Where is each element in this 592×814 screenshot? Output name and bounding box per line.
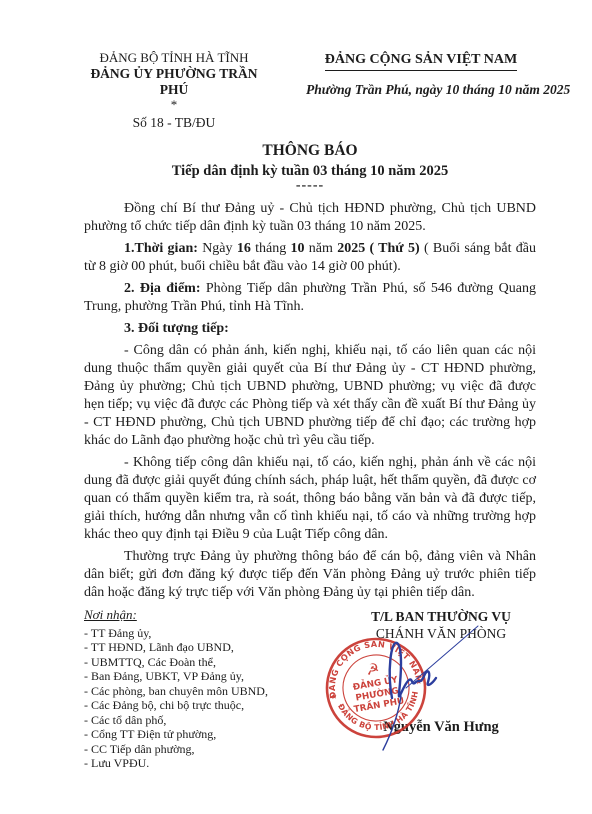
location-label: 2. Địa điểm: [124,281,201,296]
document-header: ĐẢNG BỘ TỈNH HÀ TĨNH ĐẢNG ỦY PHƯỜNG TRẦN… [84,50,536,131]
location-paragraph: 2. Địa điểm: Phòng Tiếp dân phường Trần … [84,280,536,316]
recipients-label: Nơi nhận: [84,608,296,623]
recipient-item: - Cổng TT Điện tử phường, [84,727,296,742]
org-parent-name: ĐẢNG BỘ TỈNH HÀ TĨNH [84,50,264,66]
time-text-1: Ngày [198,241,237,256]
subjects-item-2: - Không tiếp công dân khiếu nại, tố cáo,… [84,454,536,544]
national-motto-block: ĐẢNG CỘNG SẢN VIỆT NAM Phường Trần Phú, … [306,50,536,98]
time-text-3: năm [305,241,338,256]
recipient-item: - Các phòng, ban chuyên môn UBND, [84,684,296,699]
intro-paragraph: Đồng chí Bí thư Đảng uỷ - Chủ tịch HĐND … [84,200,536,236]
document-body: Đồng chí Bí thư Đảng uỷ - Chủ tịch HĐND … [84,200,536,602]
time-day: 16 [237,241,251,256]
signing-authority: T/L BAN THƯỜNG VỤ [346,608,536,625]
recipient-item: - Các Đảng bộ, chi bộ trực thuộc, [84,698,296,713]
recipients-list: - TT Đảng ủy, - TT HĐND, Lãnh đạo UBND, … [84,626,296,771]
subjects-heading: 3. Đối tượng tiếp: [84,320,536,338]
time-month: 10 [291,241,305,256]
subjects-item-1: - Công dân có phản ánh, kiến nghị, khiếu… [84,342,536,450]
document-footer: Nơi nhận: - TT Đảng ủy, - TT HĐND, Lãnh … [84,608,536,771]
recipient-item: - TT HĐND, Lãnh đạo UBND, [84,640,296,655]
title-divider: ----- [84,180,536,192]
recipients-block: Nơi nhận: - TT Đảng ủy, - TT HĐND, Lãnh … [84,608,296,771]
document-type-title: THÔNG BÁO [84,141,536,160]
place-and-date: Phường Trần Phú, ngày 10 tháng 10 năm 20… [306,82,536,98]
recipient-item: - Ban Đảng, UBKT, VP Đảng ủy, [84,669,296,684]
subjects-heading-label: 3. Đối tượng tiếp: [124,321,229,336]
recipient-item: - Lưu VPĐU. [84,756,296,771]
party-name-heading: ĐẢNG CỘNG SẢN VIỆT NAM [325,52,517,71]
signature-block: T/L BAN THƯỜNG VỤ CHÁNH VĂN PHÒNG Nguyễn… [296,608,536,771]
document-page: ĐẢNG BỘ TỈNH HÀ TĨNH ĐẢNG ỦY PHƯỜNG TRẦN… [0,0,592,814]
time-label: 1.Thời gian: [124,241,198,256]
recipient-item: - CC Tiếp dân phường, [84,742,296,757]
signer-position: CHÁNH VĂN PHÒNG [346,625,536,642]
time-paragraph: 1.Thời gian: Ngày 16 tháng 10 năm 2025 (… [84,240,536,276]
org-name: ĐẢNG ỦY PHƯỜNG TRẦN PHÚ [84,66,264,98]
recipient-item: - UBMTTQ, Các Đoàn thể, [84,655,296,670]
signature-text: T/L BAN THƯỜNG VỤ CHÁNH VĂN PHÒNG Nguyễn… [346,608,536,736]
document-number: Số 18 - TB/ĐU [84,115,264,131]
org-star-separator: * [84,98,264,111]
recipient-item: - Các tổ dân phố, [84,713,296,728]
signer-name: Nguyễn Văn Hưng [346,719,536,736]
issuing-org-block: ĐẢNG BỘ TỈNH HÀ TĨNH ĐẢNG ỦY PHƯỜNG TRẦN… [84,50,264,131]
time-text-2: tháng [251,241,291,256]
recipient-item: - TT Đảng ủy, [84,626,296,641]
title-block: THÔNG BÁO Tiếp dân định kỳ tuần 03 tháng… [84,141,536,192]
time-year-weekday: 2025 ( Thứ 5) [337,241,419,256]
closing-paragraph: Thường trực Đảng ủy phường thông báo để … [84,548,536,602]
